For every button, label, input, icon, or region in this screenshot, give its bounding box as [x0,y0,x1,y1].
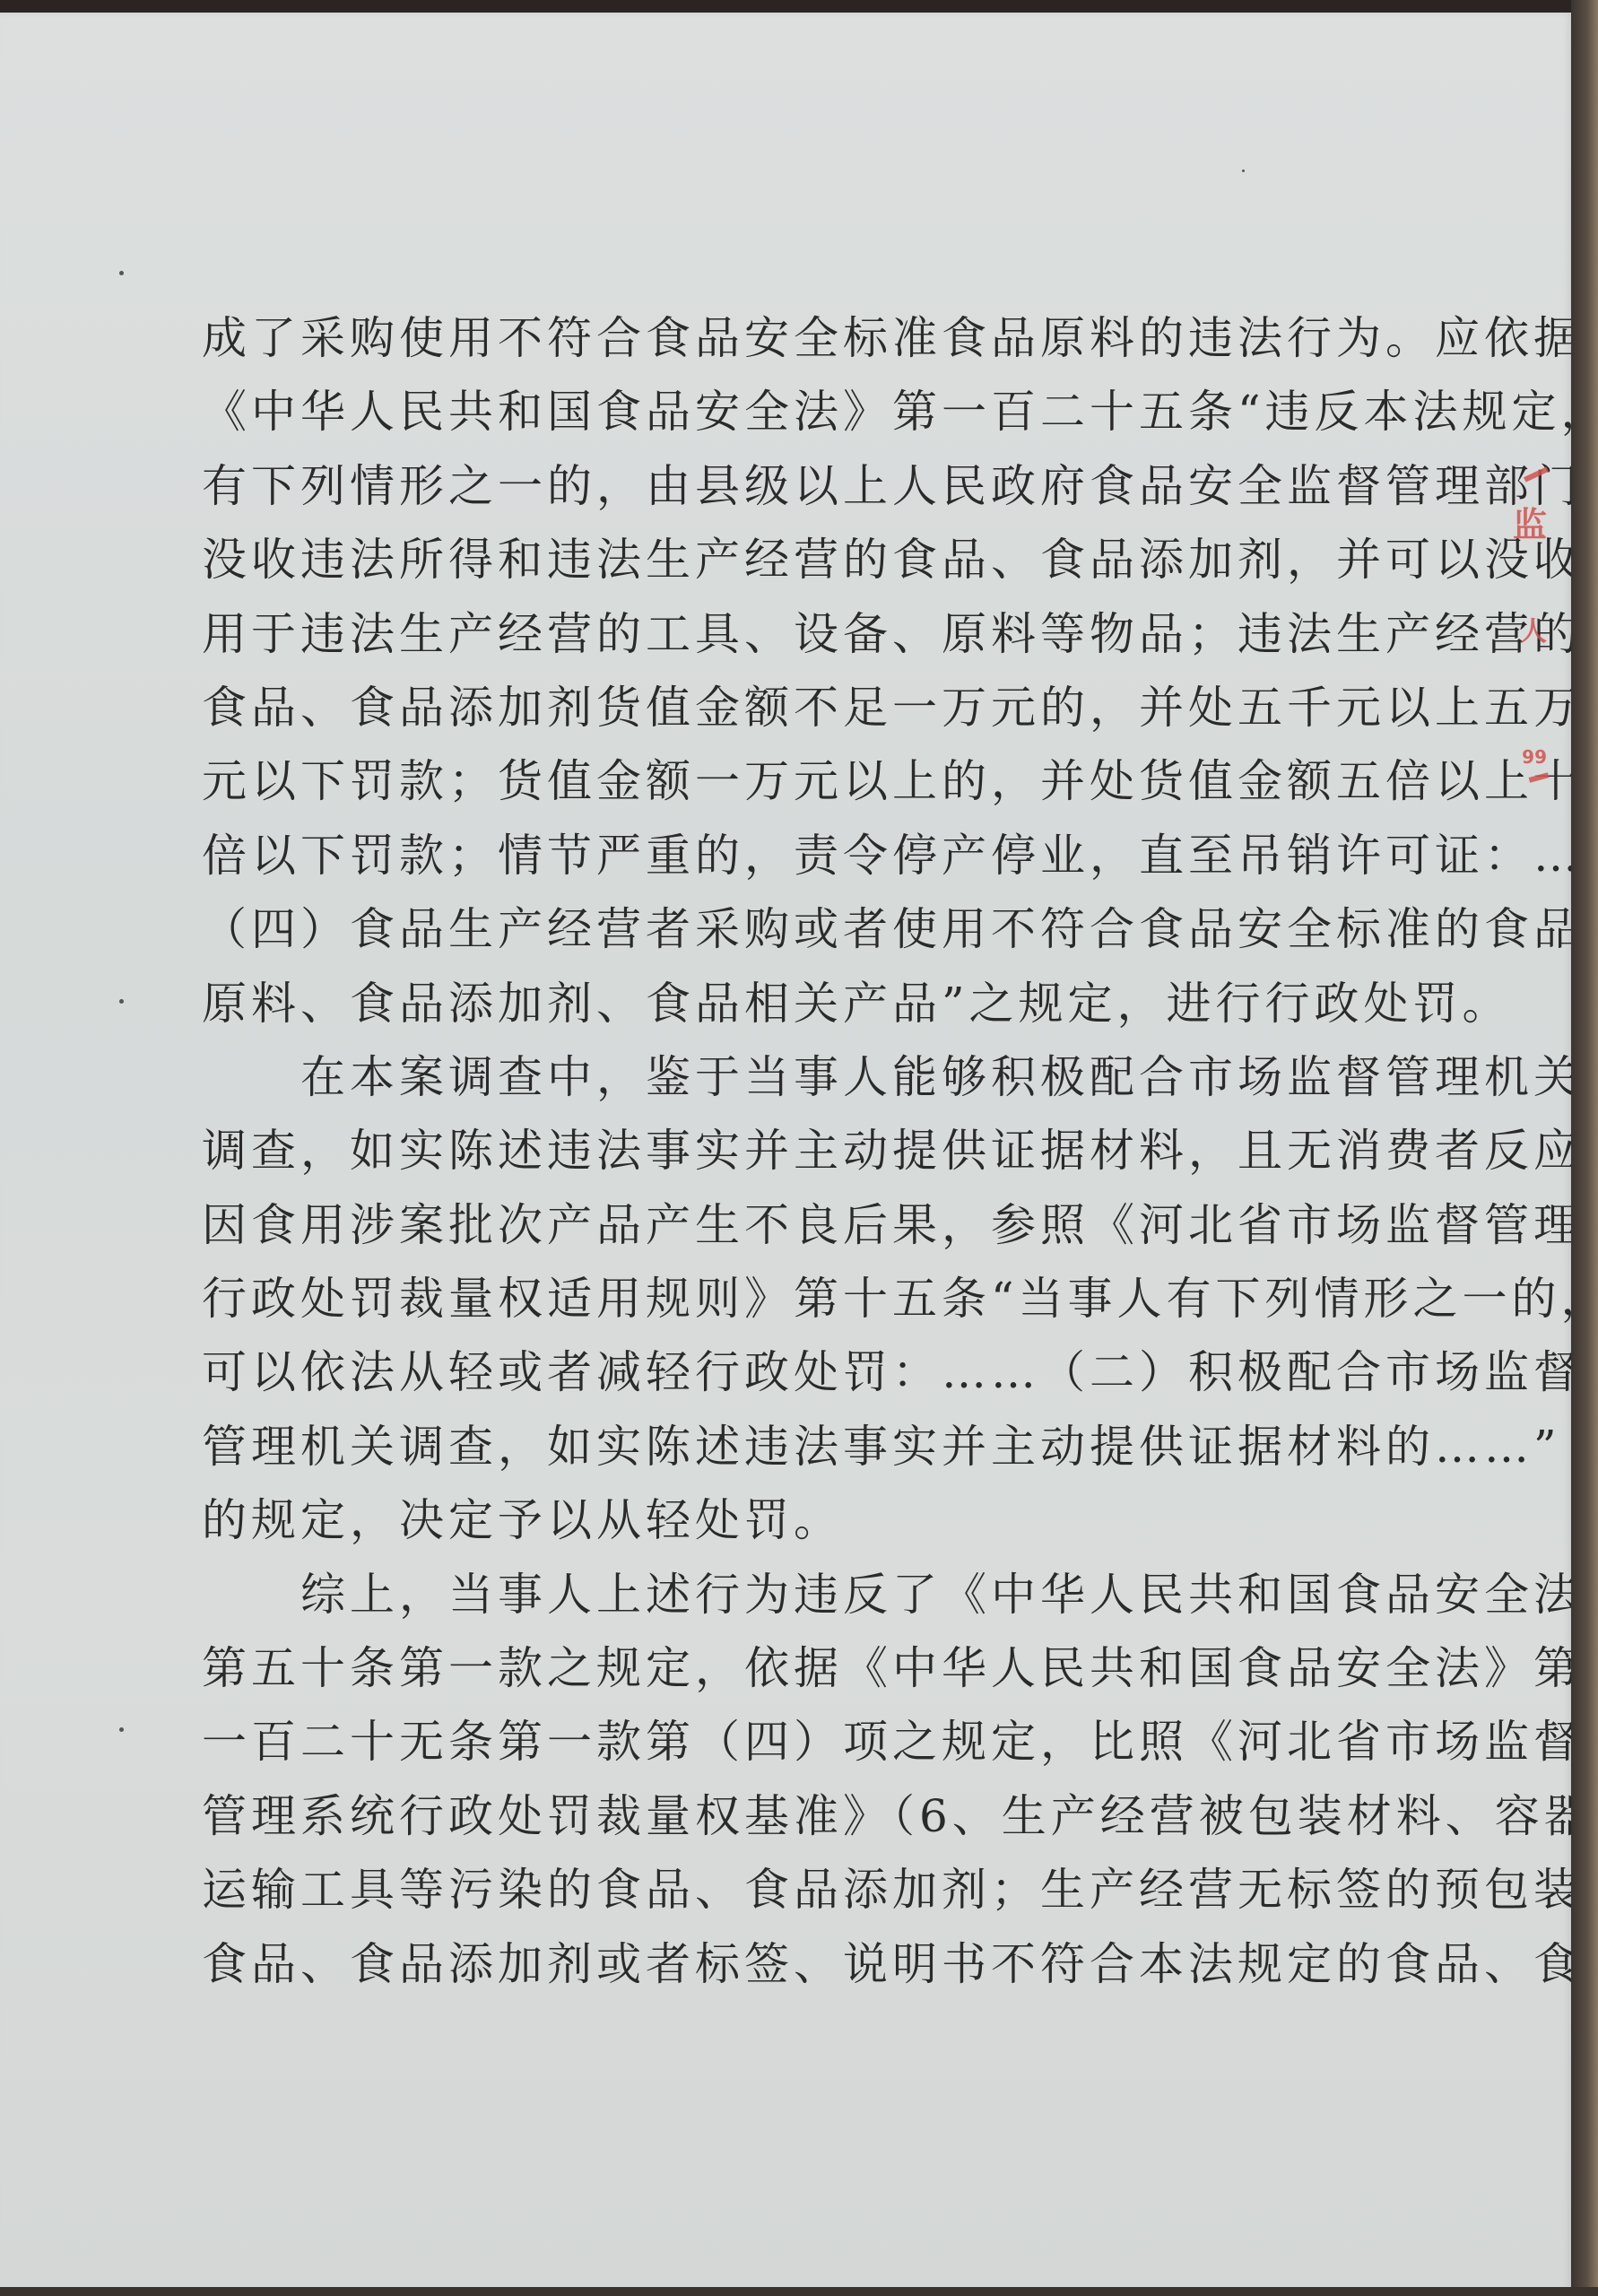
paper-speck [1242,170,1245,172]
text-line: 运输工具等污染的食品、食品添加剂；生产经营无标签的预包装 [202,1853,1403,1926]
margin-punch-mark [119,1727,124,1732]
background-edge [0,2287,1598,2296]
paragraph-start-line: 在本案调查中，鉴于当事人能够积极配合市场监督管理机关 [202,1040,1403,1114]
text-line: （四）食品生产经营者采购或者使用不符合食品安全标准的食品 [202,892,1403,966]
text-line: 原料、食品添加剂、食品相关产品”之规定，进行行政处罚。 [202,967,1403,1040]
text-line: 食品、食品添加剂货值金额不足一万元的，并处五千元以上五万 [202,671,1403,744]
seal-fragment: 监 [1513,497,1547,546]
text-line: 可以依法从轻或者减轻行政处罚：……（二）积极配合市场监督 [202,1335,1403,1409]
seal-fragment: 99 [1522,746,1547,768]
text-line: 有下列情形之一的，由县级以上人民政府食品安全监督管理部门 [202,449,1403,523]
text-line: 成了采购使用不符合食品安全标准食品原料的违法行为。应依据 [202,301,1403,375]
text-line: 倍以下罚款；情节严重的，责令停产停业，直至吊销许可证：…… [202,819,1403,892]
text-line: 管理系统行政处罚裁量权基准》（6、生产经营被包装材料、容器、 [202,1779,1403,1853]
document-page: 成了采购使用不符合食品安全标准食品原料的违法行为。应依据 《中华人民共和国食品安… [0,13,1574,2295]
text-line: 一百二十无条第一款第（四）项之规定，比照《河北省市场监督 [202,1705,1403,1779]
text-line: 的规定，决定予以从轻处罚。 [202,1483,1403,1557]
text-line: 行政处罚裁量权适用规则》第十五条“当事人有下列情形之一的， [202,1262,1403,1335]
text-line: 用于违法生产经营的工具、设备、原料等物品；违法生产经营的 [202,597,1403,671]
document-body: 成了采购使用不符合食品安全标准食品原料的违法行为。应依据 《中华人民共和国食品安… [202,301,1403,2001]
text-line: 第五十条第一款之规定，依据《中华人民共和国食品安全法》第 [202,1631,1403,1705]
text-line: 没收违法所得和违法生产经营的食品、食品添加剂，并可以没收 [202,523,1403,596]
paragraph-start-line: 综上，当事人上述行为违反了《中华人民共和国食品安全法》 [202,1558,1403,1631]
text-line: 调查，如实陈述违法事实并主动提供证据材料，且无消费者反应 [202,1114,1403,1187]
text-line: 管理机关调查，如实陈述违法事实并主动提供证据材料的……” [202,1410,1403,1483]
margin-punch-mark [119,999,124,1004]
text-line: 《中华人民共和国食品安全法》第一百二十五条“违反本法规定， [202,375,1403,448]
seal-fragment: 人 [1520,609,1547,648]
background-edge [1571,0,1598,2296]
text-line: 元以下罚款；货值金额一万元以上的，并处货值金额五倍以上十 [202,744,1403,818]
text-line: 因食用涉案批次产品产生不良后果，参照《河北省市场监督管理 [202,1188,1403,1262]
text-line: 食品、食品添加剂或者标签、说明书不符合本法规定的食品、食 [202,1927,1403,2001]
margin-punch-mark [119,271,124,275]
